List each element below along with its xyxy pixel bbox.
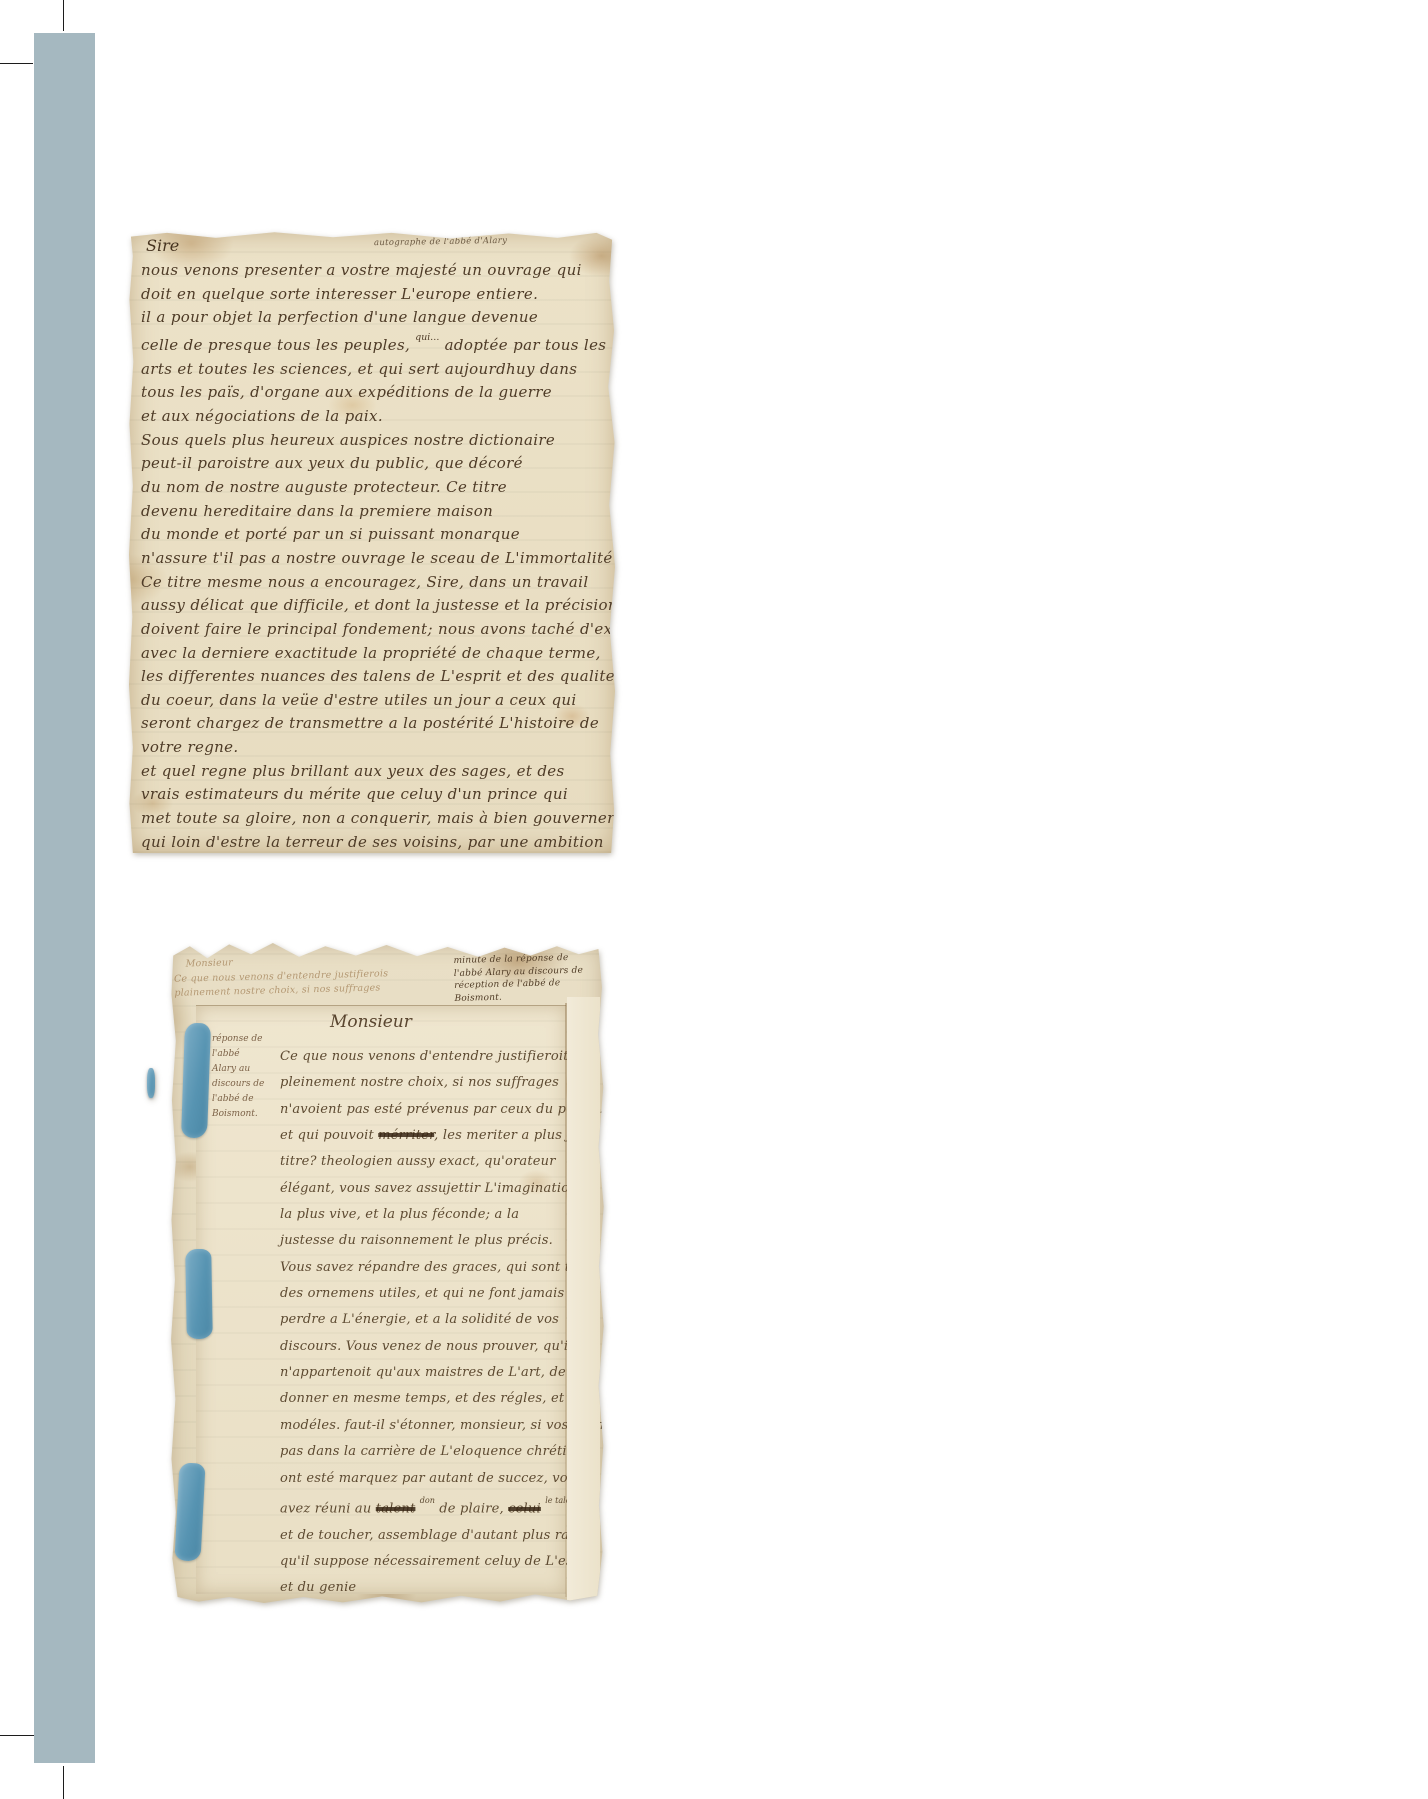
text-line: titre? theologien aussy exact, qu'orateu… [280, 1149, 678, 1175]
text-line: avez réuni au talent don de plaire, celu… [280, 1492, 678, 1523]
crop-mark-bottom-left [0, 1735, 35, 1736]
text-line: pas dans la carrière de L'eloquence chré… [280, 1439, 678, 1465]
blue-tape-fragment [147, 1068, 155, 1098]
text-line: arts et toutes les sciences, et qui sert… [141, 358, 610, 382]
text-line: doivent faire le principal fondement; no… [141, 618, 610, 642]
text-line: perdre a L'énergie, et a la solidité de … [280, 1307, 678, 1333]
text-line: du nom de nostre auguste protecteur. Ce … [141, 476, 610, 500]
text-line: n'avoient pas esté prévenus par ceux du … [280, 1097, 678, 1123]
manuscript-top-heading: Sire [146, 236, 179, 255]
text-line: des ornemens utiles, et qui ne font jama… [280, 1281, 678, 1307]
text-line: votre regne. [141, 736, 610, 760]
text-line: nous venons presenter a vostre majesté u… [141, 259, 610, 283]
text-line: peut-il paroistre aux yeux du public, qu… [141, 452, 610, 476]
text-line: tous les païs, d'organe aux expéditions … [141, 381, 610, 405]
manuscript-bottom-paper: MonsieurCe que nous venons d'entendre ju… [168, 941, 605, 1605]
text-line: n'appartenoit qu'aux maistres de L'art, … [280, 1360, 678, 1386]
text-line: justesse du raisonnement le plus précis. [280, 1228, 678, 1254]
text-line: pleinement nostre choix, si nos suffrage… [280, 1070, 678, 1096]
text-line: seront chargez de transmettre a la posté… [141, 712, 610, 736]
text-line: discours. Vous venez de nous prouver, qu… [280, 1334, 678, 1360]
text-line: Vous savez répandre des graces, qui sont… [280, 1255, 678, 1281]
text-line: Sous quels plus heureux auspices nostre … [141, 429, 610, 453]
text-line: et aux négociations de la paix. [141, 405, 610, 429]
left-accent-bar [34, 33, 95, 1763]
text-line: la plus vive, et la plus féconde; a la [280, 1202, 678, 1228]
text-line: les differentes nuances des talens de L'… [141, 665, 610, 689]
manuscript-bottom-text: Ce que nous venons d'entendre justifiero… [280, 1044, 678, 1602]
text-line: avec la derniere exactitude la propriété… [141, 642, 610, 666]
text-line: élégant, vous savez assujettir L'imagina… [280, 1176, 678, 1202]
catalog-page: autographe de l'abbé d'Alary Sire nous v… [0, 0, 1428, 1799]
text-line: n'assure t'il pas a nostre ouvrage le sc… [141, 547, 610, 571]
text-line: et de toucher, assemblage d'autant plus … [280, 1523, 678, 1549]
crop-mark-bottom [63, 1766, 64, 1799]
crop-mark-left [0, 63, 33, 64]
text-line: l'abbé de [212, 1092, 264, 1107]
text-line: aussy délicat que difficile, et dont la … [141, 594, 610, 618]
text-line: il a pour objet la perfection d'une lang… [141, 306, 610, 330]
blue-tape-strip [185, 1249, 213, 1339]
text-line: modéles. faut-il s'étonner, monsieur, si… [280, 1413, 678, 1439]
deckle-edge-strip [567, 997, 600, 1601]
manuscript-top-text: nous venons presenter a vostre majesté u… [141, 259, 610, 854]
text-line: et du genie [280, 1575, 678, 1601]
manuscript-bottom-heading: Monsieur [330, 1012, 412, 1032]
text-line: devenu hereditaire dans la premiere mais… [141, 500, 610, 524]
text-line: réponse de [212, 1032, 264, 1047]
text-line: discours de [212, 1077, 264, 1092]
text-line: celle de presque tous les peuples, qui… … [141, 330, 610, 358]
page-fold-line [565, 1003, 567, 1597]
crop-mark-top [63, 0, 64, 31]
text-line: Ce titre mesme nous a encouragez, Sire, … [141, 571, 610, 595]
margin-note: réponse del'abbéAlary audiscours del'abb… [212, 1032, 264, 1122]
manuscript-top-annotation: autographe de l'abbé d'Alary [374, 236, 507, 248]
text-line: Alary au [212, 1062, 264, 1077]
blue-tape-strip [174, 1462, 205, 1561]
text-line: et quel regne plus brillant aux yeux des… [141, 760, 610, 784]
text-line: doit en quelque sorte interesser L'europ… [141, 283, 610, 307]
text-line: du monde et porté par un si puissant mon… [141, 523, 610, 547]
text-line: donner en mesme temps, et des régles, et… [280, 1386, 678, 1412]
text-line: et qui pouvoit mérriter, les meriter a p… [280, 1123, 678, 1149]
text-line: ont esté marquez par autant de succez, v… [280, 1466, 678, 1492]
text-line: met toute sa gloire, non a conquerir, ma… [141, 807, 610, 831]
text-line: vrais estimateurs du mérite que celuy d'… [141, 783, 610, 807]
text-line: Boismont. [212, 1107, 264, 1122]
text-line: du coeur, dans la veüe d'estre utiles un… [141, 689, 610, 713]
text-line: qu'il suppose nécessairement celuy de L'… [280, 1549, 678, 1575]
manuscript-top-paper: autographe de l'abbé d'Alary Sire nous v… [128, 231, 616, 853]
text-line: Ce que nous venons d'entendre justifiero… [280, 1044, 678, 1070]
text-line: l'abbé [212, 1047, 264, 1062]
manuscript-top: autographe de l'abbé d'Alary Sire nous v… [128, 231, 616, 853]
blue-tape-strip [181, 1023, 211, 1139]
manuscript-bottom-inner-page: Monsieur réponse del'abbéAlary audiscour… [196, 1005, 566, 1594]
ghost-offset-note: MonsieurCe que nous venons d'entendre ju… [173, 952, 388, 1001]
manuscript-bottom: MonsieurCe que nous venons d'entendre ju… [168, 941, 605, 1605]
text-line: qui loin d'estre la terreur de ses voisi… [141, 831, 610, 855]
